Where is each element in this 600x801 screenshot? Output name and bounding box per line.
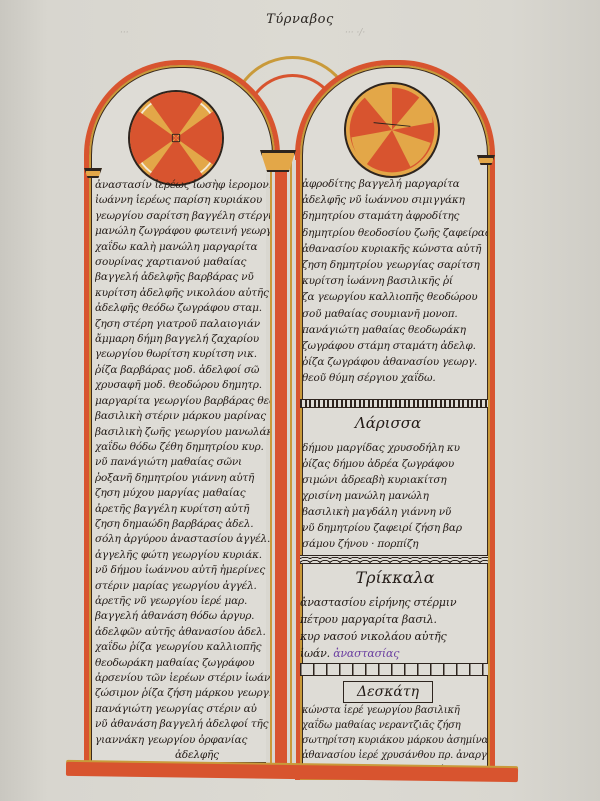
text-line: ἀδελφῆς νῦ ἰωάννου σιμιγγάκη bbox=[302, 192, 487, 208]
section-heading-larissa: Λάρισσα bbox=[340, 413, 436, 435]
text-line: χαΐδω μαθαίας νεραντζιᾶς ζήση bbox=[302, 718, 487, 733]
text-line: βαγγελή ἀδελφῆς βαρβάρας νῦ bbox=[95, 270, 270, 285]
section-heading-deskati: Δεσκάτη bbox=[343, 681, 433, 703]
text-line: ζηση στέρη γιατροῦ παλαιογιάν bbox=[95, 317, 270, 332]
text-line: ἀδελφῆς θεόδω ζωγράφου σταμ. bbox=[95, 301, 270, 316]
right-column-intro-text: ἀφροδίτης βαγγελή μαργαρίτα ἀδελφῆς νῦ ἰ… bbox=[302, 176, 487, 387]
text-line: σιμώνι ἀδρεαβὴ κυριακίτση bbox=[302, 472, 487, 488]
text-line: δημητρίου θεοδοσίου ζωῆς ζαφείρας bbox=[302, 225, 487, 241]
text-fragment: ἰωάν. bbox=[300, 647, 330, 660]
text-line: ἰωάννη ἱερέως παρίση κυριάκου bbox=[95, 193, 270, 208]
left-column-text: ἀναστασίν ἱερέως ἰωσὴφ ἱερομον. ἰωάννη ἱ… bbox=[95, 178, 270, 763]
text-line: βασιλικὴ ζωῆς γεωργίου μανωλάκη bbox=[95, 425, 270, 440]
text-line: πέτρου μαργαρίτα βασιλ. bbox=[300, 611, 488, 628]
section-heading-trikala: Τρίκκαλα bbox=[345, 568, 445, 590]
text-line: θεοῦ θύμη σέργιου χαΐδω. bbox=[302, 370, 487, 386]
text-line: ἀρετῆς βαγγέλη κυρίτση αὐτῆ bbox=[95, 502, 270, 517]
text-line: βασιλικὴ στέριν μάρκου μαρίνας bbox=[95, 409, 270, 424]
text-line: ζώσιμον ῥίζα ζήση μάρκου γεωργ. bbox=[95, 686, 270, 701]
cross-medallion-left-icon bbox=[128, 90, 224, 186]
text-line: ζα γεωργίου καλλιοπῆς θεοδώρου bbox=[302, 289, 487, 305]
text-line: ῥίζα ζωγράφου ἀθανασίου γεωργ. bbox=[302, 354, 487, 370]
text-line: νῦ ἀθανάση βαγγελή ἀδελφοί τῆς bbox=[95, 717, 270, 732]
text-line: σόλη ἀργύρου ἀναστασίου ἀγγέλ. bbox=[95, 532, 270, 547]
trikala-section-text: ἀναστασίου εἰρήνης στέρμιν πέτρου μαργαρ… bbox=[300, 594, 488, 662]
text-line: στέριν μαρίας γεωργίου ἀγγέλ. bbox=[95, 579, 270, 594]
chain-ornament-divider bbox=[300, 399, 488, 408]
text-line: ἰωάν. ἀναστασίας bbox=[300, 645, 488, 662]
text-line: ἀδελφῶν αὐτῆς ἀθανασίου ἀδελ. bbox=[95, 625, 270, 640]
text-line: ἄμμαρη δήμη βαγγελή ζαχαρίου bbox=[95, 332, 270, 347]
text-line: χαΐδω ῥίζα γεωργίου καλλιοπῆς bbox=[95, 640, 270, 655]
text-line: κυρίτση ἰωάννη βασιλικῆς ῥί bbox=[302, 273, 487, 289]
text-line: σοῦ μαθαίας σουμιανῆ μονοπ. bbox=[302, 306, 487, 322]
text-line: βαγγελή ἀθανάση θόδω ἀργυρ. bbox=[95, 609, 270, 624]
text-line: ἀναστασίν ἱερέως ἰωσὴφ ἱερομον. bbox=[95, 178, 270, 193]
text-line: πανάγιώτη γεωργίας στέριν αὐ bbox=[95, 702, 270, 717]
text-line: ἀφροδίτης βαγγελή μαργαρίτα bbox=[302, 176, 487, 192]
text-line: δημητρίου σταμάτη ἀφροδίτης bbox=[302, 208, 487, 224]
text-line: ἀναστασίου εἰρήνης στέρμιν bbox=[300, 594, 488, 611]
text-line: νῦ δήμου ἰωάννου αὐτῆ ἡμερίνες bbox=[95, 563, 270, 578]
text-line: μανώλη ζωγράφου φωτεινή γεωργ. bbox=[95, 224, 270, 239]
purple-ink-note: ἀναστασίας bbox=[333, 647, 399, 660]
text-line: μαργαρίτα γεωργίου βαρβάρας θεοῦ bbox=[95, 394, 270, 409]
text-line: ἀθανασίου ἱερέ χρυσάνθου πρ. ἀναργ. bbox=[302, 748, 487, 763]
text-line: ζηση δημητρίου γεωργίας σαρίτση bbox=[302, 257, 487, 273]
text-line: δήμου μαργίδας χρυσοδήλη κυ bbox=[302, 440, 487, 456]
text-line: ῥίζα βαρβάρας μοδ. ἀδελφοί σῶ bbox=[95, 363, 270, 378]
text-line: γεωργίου θωρίτση κυρίτση νικ. bbox=[95, 347, 270, 362]
text-line: ἀθανασίου κυριακῆς κώνστα αὐτῆ bbox=[302, 241, 487, 257]
text-line: σουρίνας χαρτιανού μαθαίας bbox=[95, 255, 270, 270]
text-line: κυρ νασού νικολάου αὐτῆς bbox=[300, 628, 488, 645]
text-line: ἀρσενίου τῶν ἱερέων στέριν ἰωάνν. bbox=[95, 671, 270, 686]
box-ornament-divider bbox=[300, 663, 488, 676]
text-line: ἀδελφῆς bbox=[95, 748, 270, 763]
wave-ornament-divider bbox=[300, 555, 488, 564]
text-line: νῦ δημητρίου ζαφειρί ζήση βαρ bbox=[302, 520, 487, 536]
faint-pencil-mark: ··· bbox=[120, 28, 129, 38]
text-line: χαΐδω θόδω ζέθη δημητρίου κυρ. bbox=[95, 440, 270, 455]
running-head: Τύρναβος bbox=[0, 12, 600, 27]
text-line: ῥίζας δήμου ἀδρέα ζωγράφου bbox=[302, 456, 487, 472]
text-line: κώνστα ἱερέ γεωργίου βασιλικῆ bbox=[302, 703, 487, 718]
text-line: χρυσαφῆ μοδ. θεοδώρου δημητρ. bbox=[95, 378, 270, 393]
manuscript-page: Τύρναβος ··· ··· ·/· ἀναστασίν ἱερέ bbox=[0, 0, 600, 801]
text-line: γιαννάκη γεωργίου ὀρφανίας bbox=[95, 733, 270, 748]
text-line: σωτηρίτση κυριάκου μάρκου ἀσημίνας bbox=[302, 733, 487, 748]
faint-pencil-mark: ··· ·/· bbox=[345, 28, 365, 38]
central-pillar bbox=[266, 160, 296, 775]
text-line: κυρίτση ἀδελφῆς νικολάου αὐτῆς bbox=[95, 286, 270, 301]
text-line: σάμου ζήνου · πορπίζη bbox=[302, 536, 487, 552]
text-line: ἀγγελῆς φώτη γεωργίου κυριάκ. bbox=[95, 548, 270, 563]
text-line: ζηση μύχου μαργίας μαθαίας bbox=[95, 486, 270, 501]
text-line: γεωργίου σαρίτση βαγγέλη στέργιου bbox=[95, 209, 270, 224]
text-line: ἀρετῆς νῦ γεωργίου ἱερέ μαρ. bbox=[95, 594, 270, 609]
text-line: πανάγιώτη μαθαίας θεοδωράκη bbox=[302, 322, 487, 338]
text-line: ζηση δημαώδη βαρβάρας ἀδελ. bbox=[95, 517, 270, 532]
text-line: χαΐδω καλὴ μανώλη μαργαρίτα bbox=[95, 240, 270, 255]
text-line: νῦ πανάγιώτη μαθαίας σῶνι bbox=[95, 455, 270, 470]
text-line: ῥοξανῆ δημητρίου γιάννη αὐτῆ bbox=[95, 471, 270, 486]
text-line: χρισίνη μανώλη μανώλη bbox=[302, 488, 487, 504]
larissa-section-text: δήμου μαργίδας χρυσοδήλη κυ ῥίζας δήμου … bbox=[302, 440, 487, 552]
text-line: θεοδωράκη μαθαίας ζωγράφου bbox=[95, 656, 270, 671]
cross-medallion-right-icon bbox=[344, 82, 440, 178]
text-line: βασιλικὴ μαγδάλη γιάννη νῦ bbox=[302, 504, 487, 520]
text-line: ζωγράφου στάμη σταμάτη ἀδελφ. bbox=[302, 338, 487, 354]
